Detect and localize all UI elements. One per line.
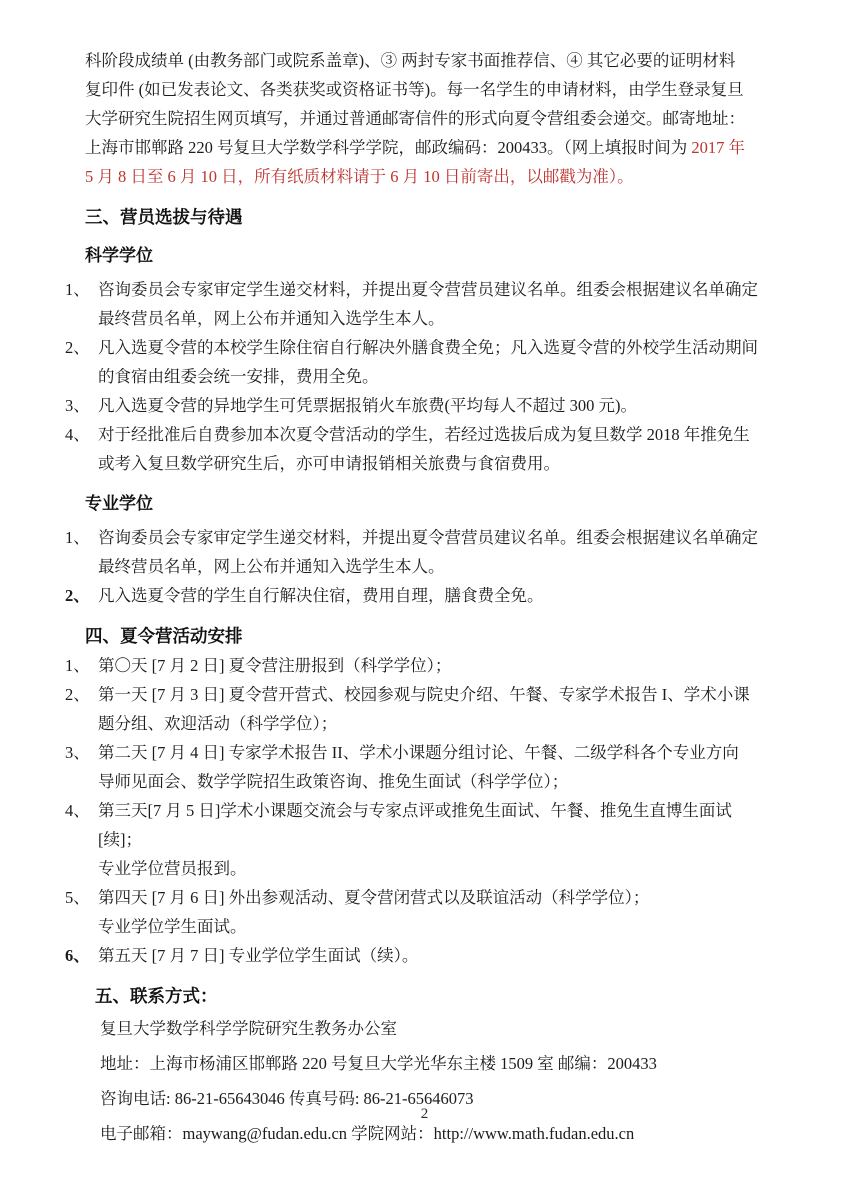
intro-paragraph: 科阶段成绩单 (由教务部门或院系盖章)、③ 两封专家书面推荐信、④ 其它必要的证…	[85, 46, 775, 191]
list-item: 3、 第二天 [7 月 4 日] 专家学术报告 II、学术小课题分组讨论、午餐、…	[65, 738, 775, 796]
intro-line-4: 上海市邯郸路 220 号复旦大学数学科学学院，邮政编码：200433。（网上填报…	[85, 133, 775, 162]
list-item: 1、 第〇天 [7 月 2 日] 夏令营注册报到（科学学位）；	[65, 651, 775, 680]
contact-line: 地址：上海市杨浦区邯郸路 220 号复旦大学光华东主楼 1509 室 邮编：20…	[100, 1046, 775, 1081]
schedule-list: 1、 第〇天 [7 月 2 日] 夏令营注册报到（科学学位）； 2、 第一天 […	[65, 651, 775, 970]
contact-line: 复旦大学数学科学学院研究生教务办公室	[100, 1011, 775, 1046]
item-text: 凡入选夏令营的异地学生可凭票据报销火车旅费(平均每人不超过 300 元)。	[98, 391, 775, 420]
item-text: 咨询委员会专家审定学生递交材料，并提出夏令营营员建议名单。组委会根据建议名单确定…	[98, 275, 775, 333]
mail-deadline-note: 5 月 8 日至 6 月 10 日，所有纸质材料请于 6 月 10 日前寄出，以…	[85, 162, 775, 191]
list-item: 1、 咨询委员会专家审定学生递交材料，并提出夏令营营员建议名单。组委会根据建议名…	[65, 275, 775, 333]
item-number: 6、	[65, 941, 90, 970]
list-item: 6、 第五天 [7 月 7 日] 专业学位学生面试（续）。	[65, 941, 775, 970]
page-content: 科阶段成绩单 (由教务部门或院系盖章)、③ 两封专家书面推荐信、④ 其它必要的证…	[0, 0, 849, 1151]
list-item: 2、 凡入选夏令营的本校学生除住宿自行解决外膳食费全免；凡入选夏令营的外校学生活…	[65, 333, 775, 391]
item-number: 3、	[65, 738, 90, 767]
item-number: 4、	[65, 796, 90, 825]
science-degree-list: 1、 咨询委员会专家审定学生递交材料，并提出夏令营营员建议名单。组委会根据建议名…	[65, 275, 775, 478]
item-text: 第四天 [7 月 6 日] 外出参观活动、夏令营闭营式以及联谊活动（科学学位）；…	[98, 883, 775, 941]
professional-degree-list: 1、 咨询委员会专家审定学生递交材料，并提出夏令营营员建议名单。组委会根据建议名…	[65, 523, 775, 610]
item-text: 第一天 [7 月 3 日] 夏令营开营式、校园参观与院史介绍、午餐、专家学术报告…	[98, 680, 775, 738]
item-text: 第二天 [7 月 4 日] 专家学术报告 II、学术小课题分组讨论、午餐、二级学…	[98, 738, 775, 796]
list-item: 2、 第一天 [7 月 3 日] 夏令营开营式、校园参观与院史介绍、午餐、专家学…	[65, 680, 775, 738]
intro-line-3: 大学研究生院招生网页填写，并通过普通邮寄信件的形式向夏令营组委会递交。邮寄地址：	[85, 104, 775, 133]
item-number: 1、	[65, 523, 90, 552]
list-item: 4、 第三天[7 月 5 日]学术小课题交流会与专家点评或推免生面试、午餐、推免…	[65, 796, 775, 883]
item-text: 第三天[7 月 5 日]学术小课题交流会与专家点评或推免生面试、午餐、推免生直博…	[98, 796, 775, 883]
list-item: 3、 凡入选夏令营的异地学生可凭票据报销火车旅费(平均每人不超过 300 元)。	[65, 391, 775, 420]
item-number: 2、	[65, 581, 90, 610]
item-text: 咨询委员会专家审定学生递交材料，并提出夏令营营员建议名单。组委会根据建议名单确定…	[98, 523, 775, 581]
item-text: 凡入选夏令营的本校学生除住宿自行解决外膳食费全免；凡入选夏令营的外校学生活动期间…	[98, 333, 775, 391]
section5-title: 五、联系方式：	[95, 983, 775, 1009]
item-text: 对于经批准后自费参加本次夏令营活动的学生，若经过选拔后成为复旦数学 2018 年…	[98, 420, 775, 478]
list-item: 4、 对于经批准后自费参加本次夏令营活动的学生，若经过选拔后成为复旦数学 201…	[65, 420, 775, 478]
item-number: 1、	[65, 651, 90, 680]
list-item: 2、 凡入选夏令营的学生自行解决住宿，费用自理，膳食费全免。	[65, 581, 775, 610]
item-number: 4、	[65, 420, 90, 449]
item-number: 1、	[65, 275, 90, 304]
item-text: 凡入选夏令营的学生自行解决住宿，费用自理，膳食费全免。	[98, 581, 775, 610]
science-degree-subtitle: 科学学位	[85, 244, 775, 268]
intro-line-1: 科阶段成绩单 (由教务部门或院系盖章)、③ 两封专家书面推荐信、④ 其它必要的证…	[85, 46, 775, 75]
item-number: 5、	[65, 883, 90, 912]
item-number: 2、	[65, 680, 90, 709]
online-application-period-start: 2017 年	[691, 138, 745, 157]
list-item: 1、 咨询委员会专家审定学生递交材料，并提出夏令营营员建议名单。组委会根据建议名…	[65, 523, 775, 581]
intro-line-2: 复印件 (如已发表论文、各类获奖或资格证书等)。每一名学生的申请材料，由学生登录…	[85, 75, 775, 104]
item-number: 2、	[65, 333, 90, 362]
page-number: 2	[0, 1106, 849, 1123]
item-text: 第五天 [7 月 7 日] 专业学位学生面试（续）。	[98, 941, 775, 970]
item-number: 3、	[65, 391, 90, 420]
list-item: 5、 第四天 [7 月 6 日] 外出参观活动、夏令营闭营式以及联谊活动（科学学…	[65, 883, 775, 941]
intro-line-4-black: 上海市邯郸路 220 号复旦大学数学科学学院，邮政编码：200433。（网上填报…	[85, 138, 691, 157]
professional-degree-subtitle: 专业学位	[85, 492, 775, 516]
contact-block: 复旦大学数学科学学院研究生教务办公室 地址：上海市杨浦区邯郸路 220 号复旦大…	[100, 1011, 775, 1151]
document-page: 科阶段成绩单 (由教务部门或院系盖章)、③ 两封专家书面推荐信、④ 其它必要的证…	[0, 0, 849, 1200]
item-text: 第〇天 [7 月 2 日] 夏令营注册报到（科学学位）；	[98, 651, 775, 680]
section4-title: 四、夏令营活动安排	[85, 623, 775, 649]
section3-title: 三、营员选拔与待遇	[85, 204, 775, 230]
